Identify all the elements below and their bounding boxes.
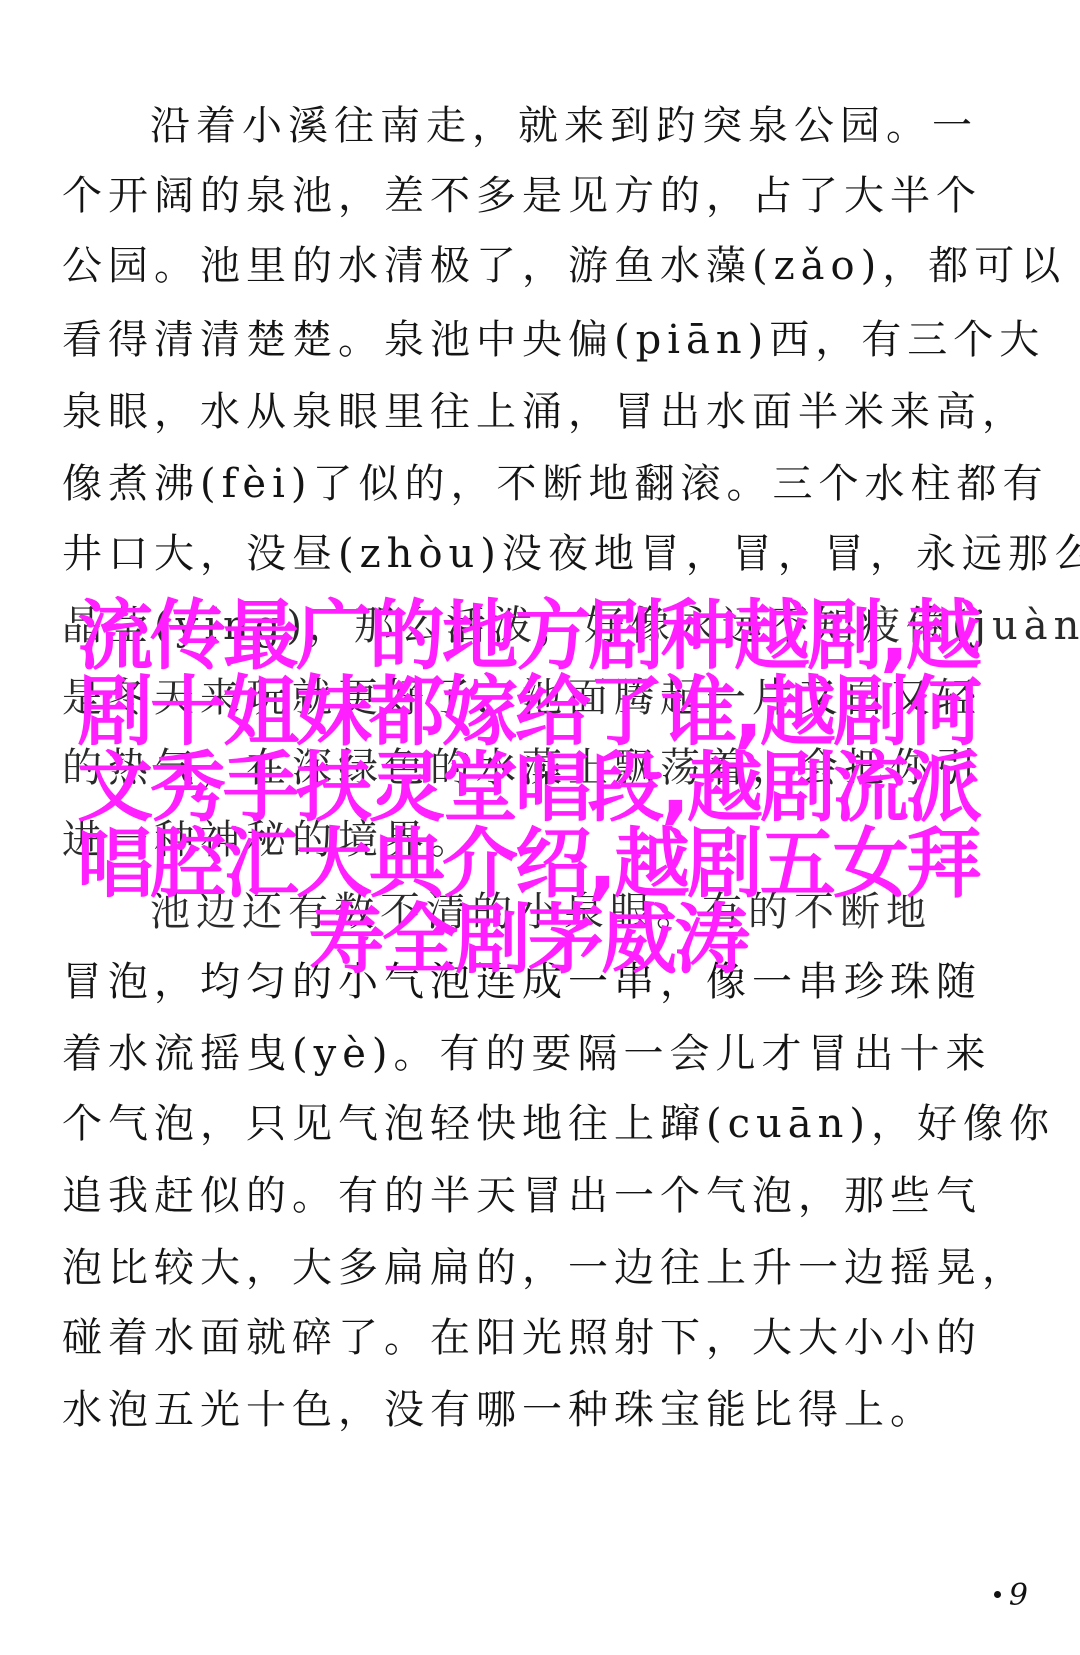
watermark-title-overlay: 流传最广的地方剧种越剧,越 剧十姐妹都嫁给了谁,越剧何 文秀手扶灵堂唱段,越剧流… [28,598,1028,978]
overlay-row: 剧十姐妹都嫁给了谁,越剧何 [28,674,1028,750]
text-line: 泡比较大，大多扁扁的，一边往上升一边摇晃， [62,1240,992,1296]
text-line: 水泡五光十色，没有哪一种珠宝能比得上。 [62,1382,992,1438]
overlay-row: 流传最广的地方剧种越剧,越 [28,598,1028,674]
text-line: 公园。池里的水清极了，游鱼水藻(zǎo)，都可以 [62,238,992,294]
text-line: 看得清清楚楚。泉池中央偏(piān)西，有三个大 [62,312,992,368]
text-line: 像煮沸(fèi)了似的，不断地翻滚。三个水柱都有 [62,456,992,512]
page-number-value: 9 [1009,1578,1028,1613]
bullet-dot-icon [994,1591,1001,1598]
text-line: 碰着水面就碎了。在阳光照射下，大大小小的 [62,1310,992,1366]
overlay-row: 文秀手扶灵堂唱段,越剧流派 [28,750,1028,826]
overlay-row: 唱腔汇大典介绍,越剧五女拜 [28,826,1028,902]
page-number: 9 [994,1578,1028,1613]
text-line: 沿着小溪往南走，就来到趵突泉公园。一 [150,98,1000,154]
text-line: 泉眼，水从泉眼里往上涌，冒出水面半米来高， [62,384,992,440]
text-line: 着水流摇曳(yè)。有的要隔一会儿才冒出十来 [62,1026,992,1082]
text-line: 个气泡，只见气泡轻快地往上蹿(cuān)，好像你 [62,1096,992,1152]
book-page: 沿着小溪往南走，就来到趵突泉公园。一 个开阔的泉池，差不多是见方的，占了大半个 … [0,0,1080,1655]
text-line: 个开阔的泉池，差不多是见方的，占了大半个 [62,168,992,224]
text-line: 井口大，没昼(zhòu)没夜地冒，冒，冒，永远那么 [62,526,992,582]
text-line: 追我赶似的。有的半天冒出一个气泡，那些气 [62,1168,992,1224]
overlay-row: 寿全剧茅威涛 [28,902,1028,978]
